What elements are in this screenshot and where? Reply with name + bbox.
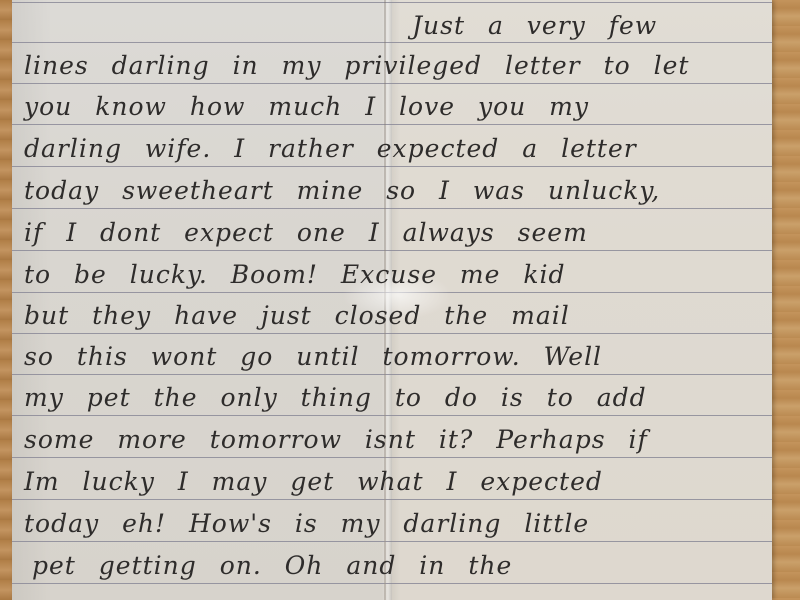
handwriting-line: my pet the only thing to do is to add xyxy=(12,376,772,416)
line-text: Im lucky I may get what I expected xyxy=(24,467,603,496)
line-text: so this wont go until tomorrow. Well xyxy=(24,342,602,371)
ruled-line xyxy=(12,2,772,3)
line-text: you know how much I love you my xyxy=(24,92,589,121)
handwriting-line: Im lucky I may get what I expected xyxy=(12,460,772,500)
handwriting-line: some more tomorrow isnt it? Perhaps if xyxy=(12,418,772,458)
line-text: today sweetheart mine so I was unlucky, xyxy=(24,176,660,205)
line-text: today eh! How's is my darling little xyxy=(24,509,589,538)
line-text: Just a very few xyxy=(412,11,657,40)
letter-photo: … … … Just a very few lines darling in m… xyxy=(0,0,800,600)
line-text: darling wife. I rather expected a letter xyxy=(24,134,637,163)
handwriting-line: you know how much I love you my xyxy=(12,85,772,125)
handwriting-line: if I dont expect one I always seem xyxy=(12,211,772,251)
line-text: pet getting on. Oh and in the xyxy=(32,551,512,580)
line-text: lines darling in my privileged letter to… xyxy=(24,51,689,80)
handwriting-line: darling wife. I rather expected a letter xyxy=(12,127,772,167)
line-text: but they have just closed the mail xyxy=(24,301,570,330)
handwriting-line: so this wont go until tomorrow. Well xyxy=(12,335,772,375)
handwriting-line: but they have just closed the mail xyxy=(12,294,772,334)
handwriting-line: pet getting on. Oh and in the xyxy=(12,544,772,584)
line-text: to be lucky. Boom! Excuse me kid xyxy=(24,260,566,289)
handwriting-line: lines darling in my privileged letter to… xyxy=(12,44,772,84)
handwriting-line: … … … xyxy=(12,0,772,2)
handwriting-line: Just a very few xyxy=(12,4,772,44)
wood-surface-right xyxy=(770,0,800,600)
handwriting-line: today sweetheart mine so I was unlucky, xyxy=(12,169,772,209)
line-text: my pet the only thing to do is to add xyxy=(24,383,647,412)
handwriting-line: to be lucky. Boom! Excuse me kid xyxy=(12,253,772,293)
line-text: if I dont expect one I always seem xyxy=(24,218,588,247)
line-text: some more tomorrow isnt it? Perhaps if xyxy=(24,425,648,454)
letter-paper: … … … Just a very few lines darling in m… xyxy=(12,0,772,600)
handwriting-line: today eh! How's is my darling little xyxy=(12,502,772,542)
